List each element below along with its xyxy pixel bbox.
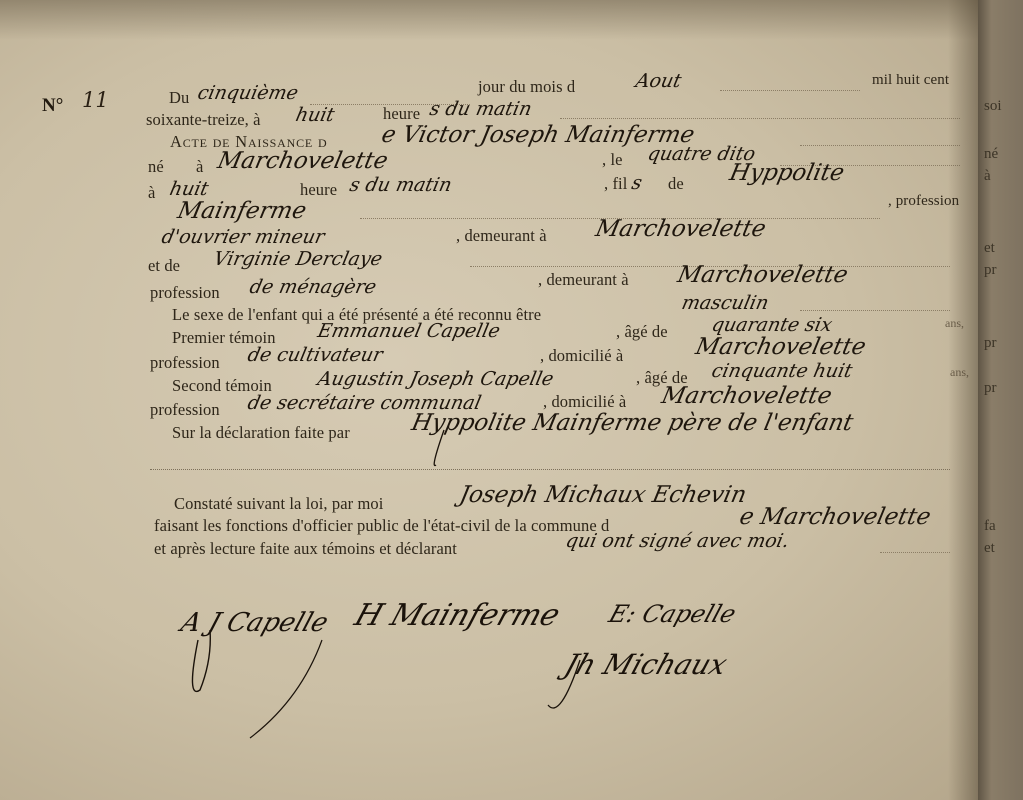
- label-ans-2: ans,: [950, 365, 969, 380]
- adjacent-text: pr: [984, 380, 997, 397]
- register-page: N° 11 Du cinquième jour du mois d Aout m…: [0, 0, 978, 800]
- adjacent-text: et: [984, 540, 995, 557]
- label-ans: ans,: [945, 316, 964, 331]
- pen-flourishes: [0, 0, 978, 800]
- adjacent-text: pr: [984, 335, 997, 352]
- adjacent-text: né: [984, 146, 998, 163]
- adjacent-text: à: [984, 168, 991, 185]
- adjacent-text: et: [984, 240, 995, 257]
- adjacent-text: soi: [984, 98, 1002, 115]
- adjacent-text: fa: [984, 518, 996, 535]
- adjacent-page-edge: soi né à et pr pr pr fa et: [978, 0, 1023, 800]
- adjacent-text: pr: [984, 262, 997, 279]
